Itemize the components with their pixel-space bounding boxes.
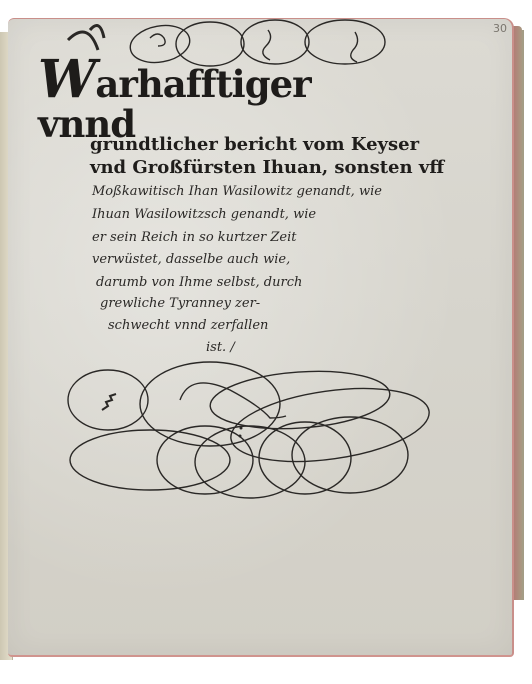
text-line: grewliche Tyranney zer- (100, 296, 260, 311)
text-line: Moßkawitisch Ihan Wasilowitz genandt, wi… (92, 184, 382, 199)
text-line: darumb von Ihme selbst, durch (96, 275, 302, 290)
text-line: vnd Großfürsten Ihuan, sonsten vff (90, 157, 444, 178)
decorated-initial: W (38, 49, 95, 110)
text-line: schwecht vnnd zerfallen (108, 318, 268, 333)
title-heading: Warhafftiger vnnd (38, 60, 418, 144)
text-line: ist. / (206, 340, 235, 355)
text-line: verwüstet, dasselbe auch wie, (92, 252, 290, 267)
text-line: er sein Reich in so kurtzer Zeit (92, 230, 296, 245)
text-line: grundtlicher bericht vom Keyser (90, 134, 419, 155)
text-line: Ihuan Wasilowitzsch genandt, wie (92, 207, 316, 222)
